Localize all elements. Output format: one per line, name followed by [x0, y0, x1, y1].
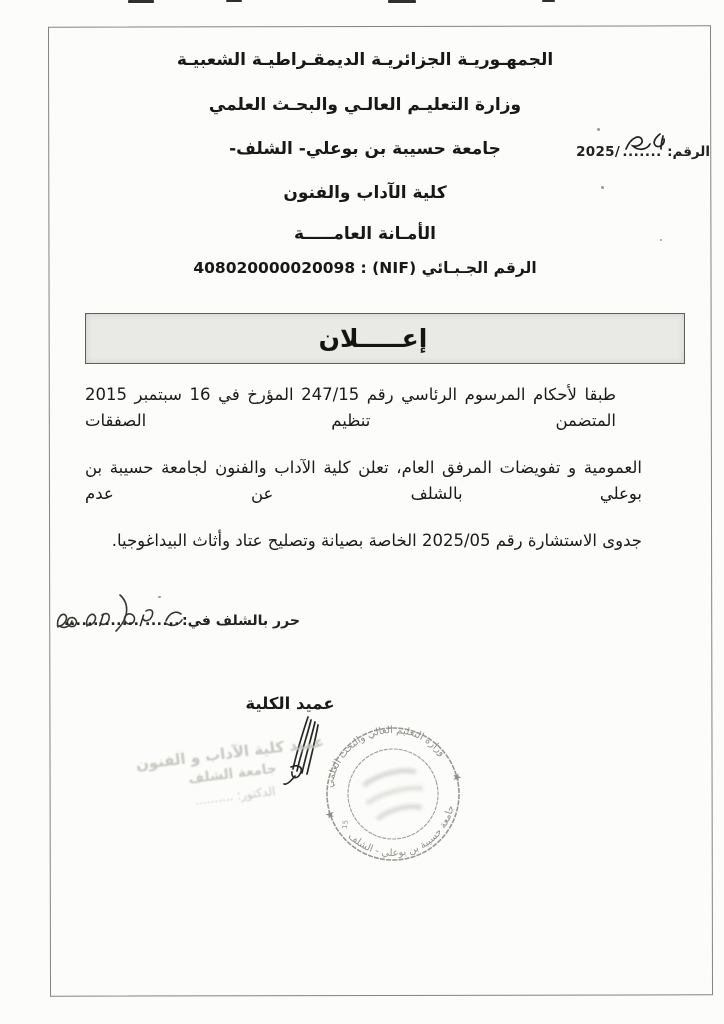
header-faculty: كلية الآداب والفنون [55, 183, 675, 203]
stamp-center-smudge [360, 765, 427, 821]
reference-number-line: 2025/ ....... الرقم: [560, 139, 710, 165]
written-at-line: ....../....../...... حرر بالشلف في: [64, 607, 260, 635]
scan-artifact [226, 0, 242, 2]
handwritten-date-ink [54, 591, 186, 639]
header-secretariat: الأمـانة العامـــــة [55, 224, 675, 244]
body-line: جدوى الاستشارة رقم 2025/05 الخاصة بصيانة… [85, 528, 642, 554]
header-ministry: وزارة التعليـم العالـي والبحـث العلمي [55, 95, 675, 115]
date-dots: ....../....../...... [64, 613, 180, 629]
scanned-document-page: الجمهـوريـة الجزائريـة الديمقـراطيـة الش… [0, 0, 724, 1024]
announcement-title: إعـــــلان [319, 324, 428, 353]
reference-dots: ....... [620, 144, 664, 160]
header-republic: الجمهـوريـة الجزائريـة الديمقـراطيـة الش… [55, 50, 675, 70]
body-paragraph: طبقا لأحكام المرسوم الرئاسي رقم 247/15 ا… [85, 382, 642, 554]
body-line: العمومية و تفويضات المرفق العام، تعلن كل… [85, 455, 642, 507]
announcement-title-box: إعـــــلان [85, 313, 685, 364]
scan-artifact [542, 0, 555, 2]
handwritten-reference-ink [618, 127, 670, 157]
stamp-side-mark: 15 [341, 820, 350, 830]
stamp-star-left-icon: ★ [324, 809, 337, 819]
scan-artifact [388, 0, 416, 3]
reference-label: الرقم: [667, 144, 710, 160]
written-at-label: حرر بالشلف في: [182, 613, 300, 629]
scan-artifact [128, 0, 154, 3]
stamp-star-right-icon: ★ [450, 772, 463, 782]
reference-year: 2025/ [576, 144, 620, 160]
header-nif: الرقم الجـبـائي (NIF) : 408020000020098 [55, 259, 675, 277]
body-line: طبقا لأحكام المرسوم الرئاسي رقم 247/15 ا… [85, 382, 642, 434]
